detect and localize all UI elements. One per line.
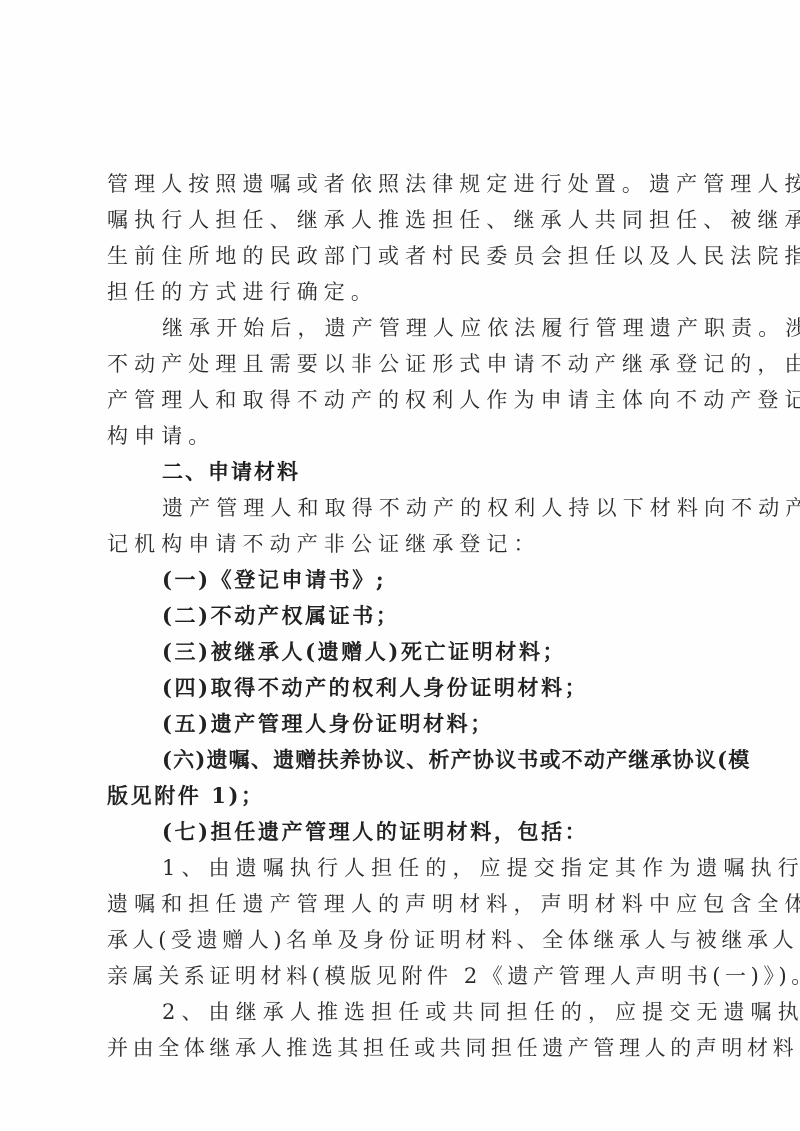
list-item: (五)遗产管理人身份证明材料；: [107, 706, 693, 742]
list-item-continuation: 版见附件 1)；: [107, 778, 693, 814]
paragraph-line: 产管理人和取得不动产的权利人作为申请主体向不动产登记机: [107, 382, 693, 418]
list-item: (四)取得不动产的权利人身份证明材料；: [107, 670, 693, 706]
list-item: (一)《登记申请书》;: [107, 562, 693, 598]
paragraph-line: 遗产管理人和取得不动产的权利人持以下材料向不动产登: [107, 490, 693, 526]
paragraph-line: 生前住所地的民政部门或者村民委员会担任以及人民法院指定: [107, 238, 693, 274]
document-body: 管理人按照遗嘱或者依照法律规定进行处置。遗产管理人按遗 嘱执行人担任、继承人推选…: [107, 166, 693, 1066]
list-item: (二)不动产权属证书；: [107, 598, 693, 634]
list-item: (三)被继承人(遗赠人)死亡证明材料；: [107, 634, 693, 670]
list-item: (六)遗嘱、遗赠扶养协议、析产协议书或不动产继承协议(模: [107, 742, 693, 778]
paragraph-line: 不动产处理且需要以非公证形式申请不动产继承登记的，由遗: [107, 346, 693, 382]
paragraph-line: 2、由继承人推选担任或共同担任的，应提交无遗嘱执行人: [107, 994, 693, 1030]
paragraph-line: 嘱执行人担任、继承人推选担任、继承人共同担任、被继承人: [107, 202, 693, 238]
paragraph-line: 承人(受遗赠人)名单及身份证明材料、全体继承人与被继承人的: [107, 922, 693, 958]
paragraph-line: 担任的方式进行确定。: [107, 274, 693, 310]
paragraph-line: 管理人按照遗嘱或者依照法律规定进行处置。遗产管理人按遗: [107, 166, 693, 202]
paragraph-line: 亲属关系证明材料(模版见附件 2《遗产管理人声明书(一)》)。: [107, 958, 693, 994]
paragraph-line: 构申请。: [107, 418, 693, 454]
paragraph-line: 记机构申请不动产非公证继承登记：: [107, 526, 693, 562]
paragraph-line: 1、由遗嘱执行人担任的，应提交指定其作为遗嘱执行人的: [107, 850, 693, 886]
paragraph-line: 继承开始后，遗产管理人应依法履行管理遗产职责。涉及: [107, 310, 693, 346]
document-page: 管理人按照遗嘱或者依照法律规定进行处置。遗产管理人按遗 嘱执行人担任、继承人推选…: [0, 0, 800, 1131]
paragraph-line: 并由全体继承人推选其担任或共同担任遗产管理人的声明材料，: [107, 1030, 693, 1066]
section-heading: 二、申请材料: [107, 454, 693, 490]
list-item: (七)担任遗产管理人的证明材料，包括：: [107, 814, 693, 850]
paragraph-line: 遗嘱和担任遗产管理人的声明材料，声明材料中应包含全体继: [107, 886, 693, 922]
